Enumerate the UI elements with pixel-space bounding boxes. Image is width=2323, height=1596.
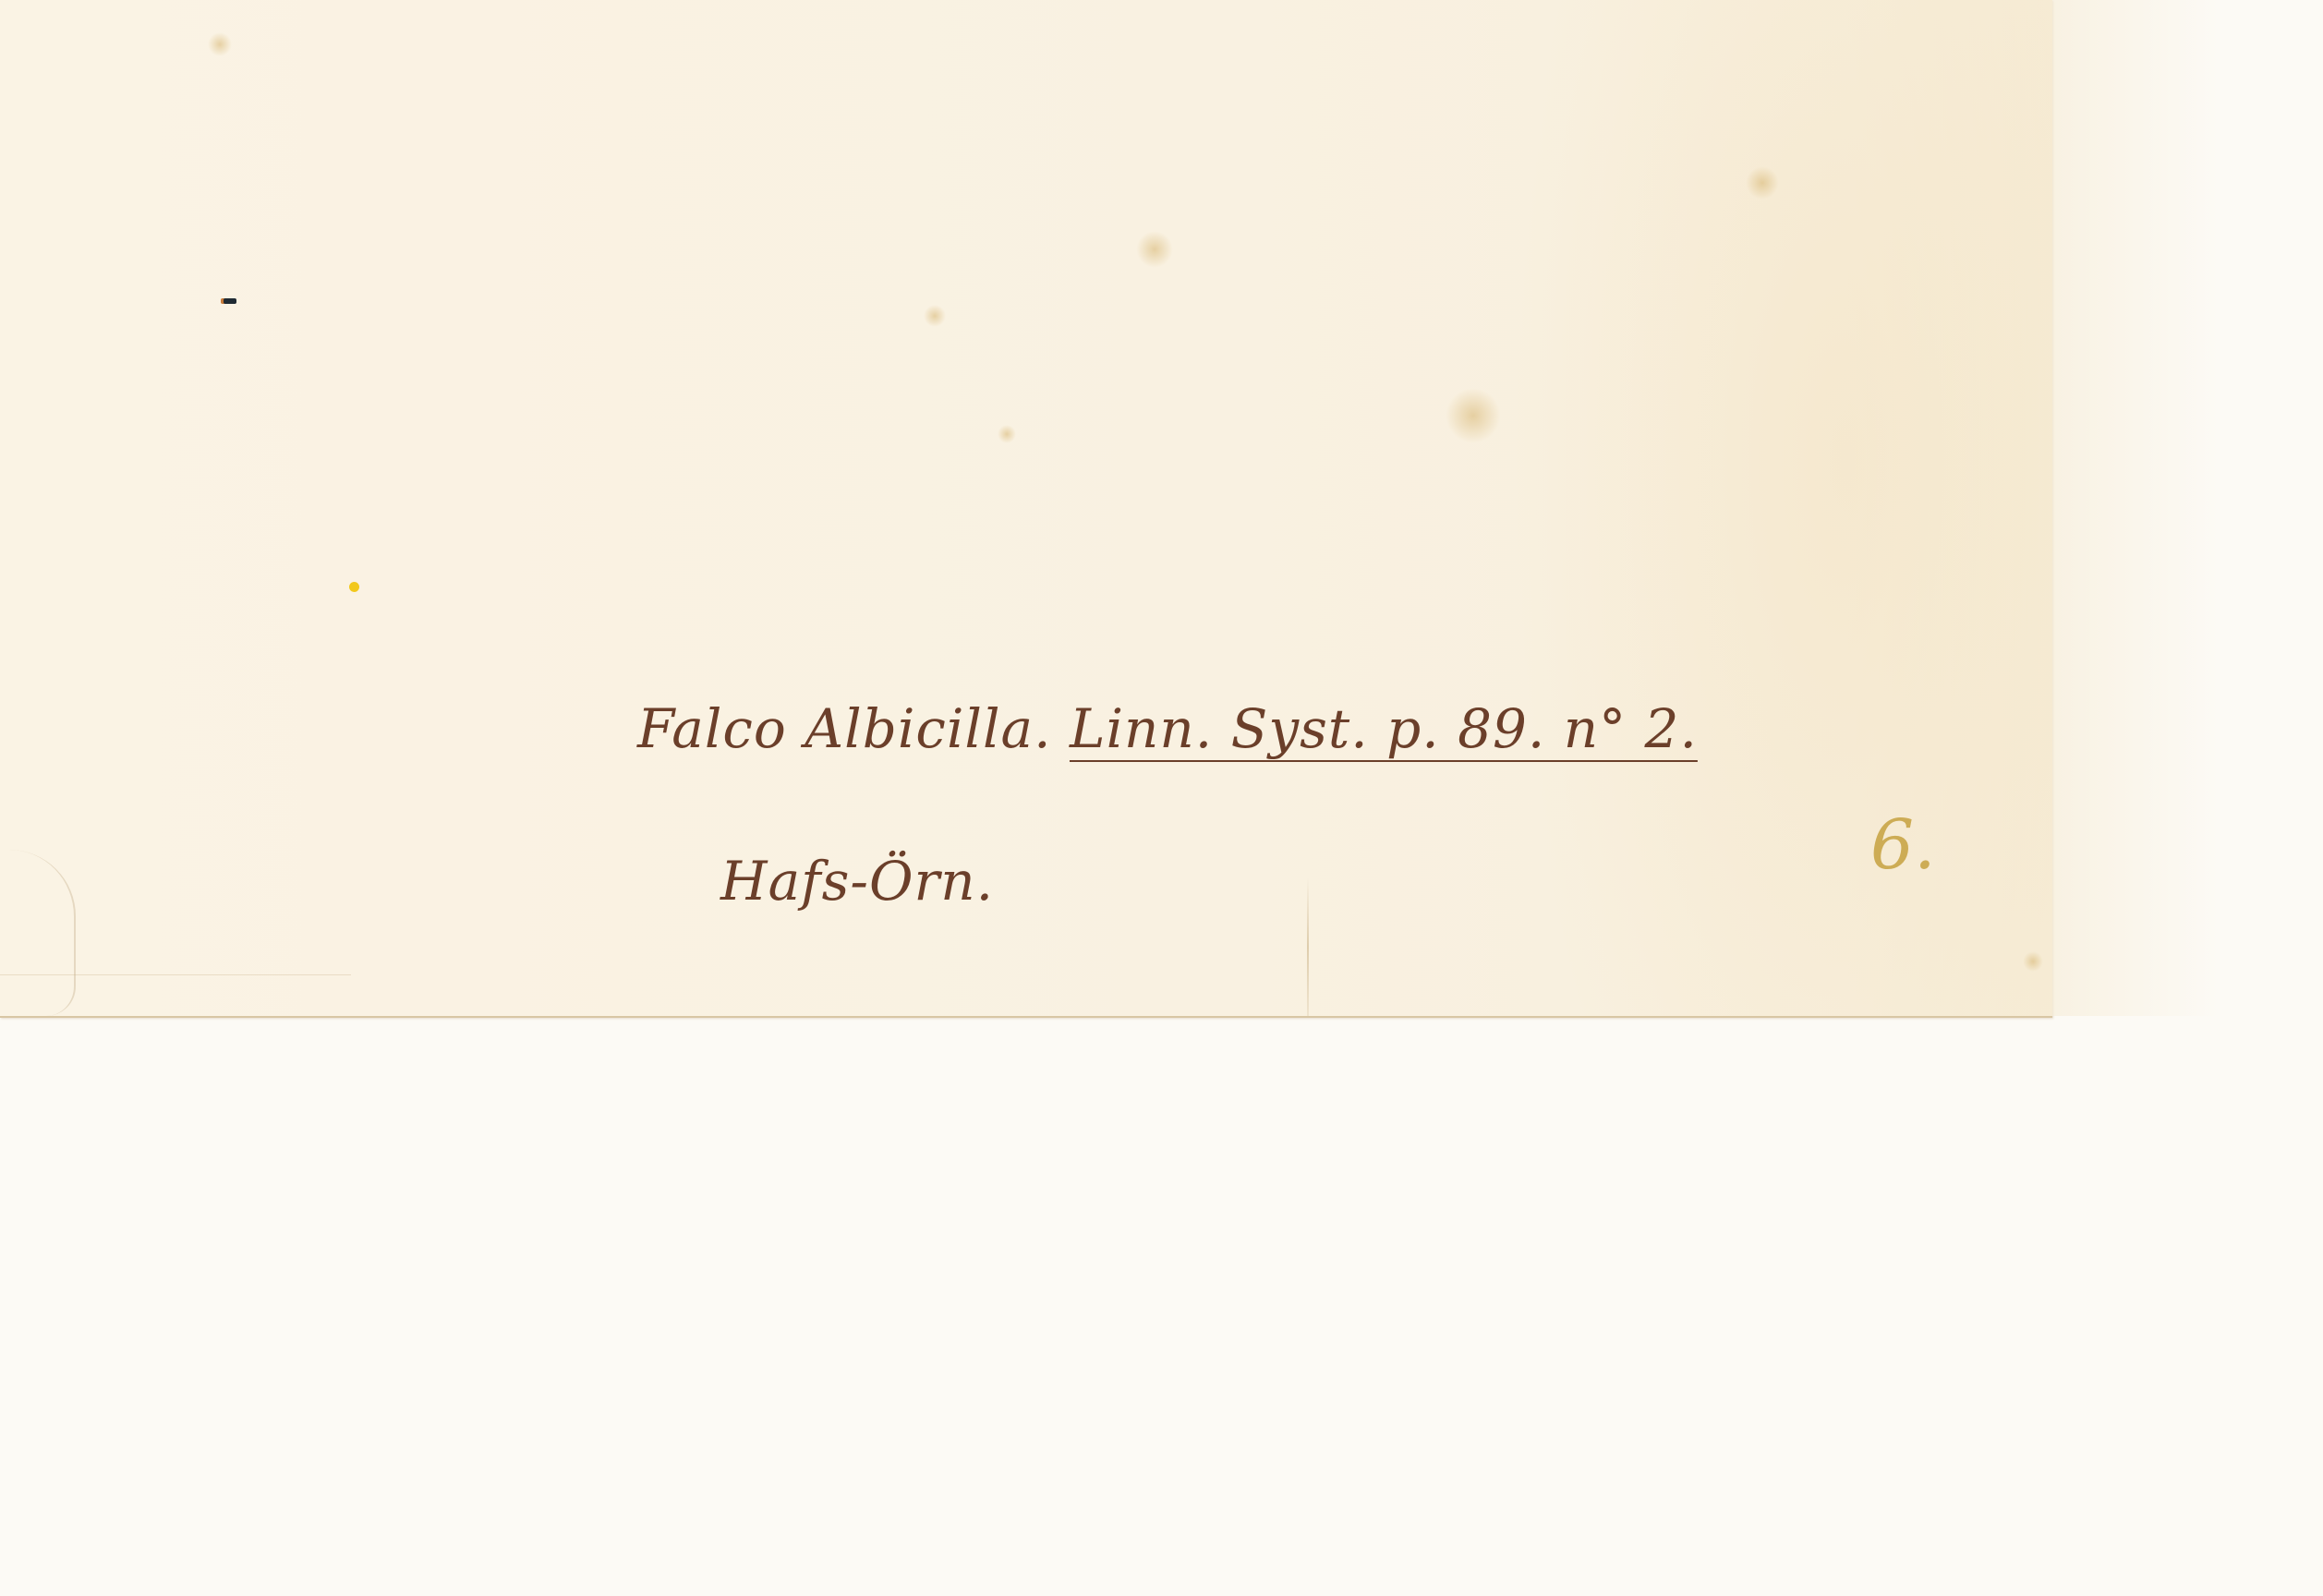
pigment-dot: [349, 582, 359, 592]
foxing-spot: [2023, 951, 2043, 972]
foxing-spot: [998, 425, 1016, 443]
inscription-line-common-name: Hafs-Örn.: [720, 850, 994, 913]
plate-mark-line: [0, 974, 351, 975]
pencil-outline-trace: [9, 850, 76, 1016]
paper-edge-shadow: [2052, 0, 2219, 1016]
paper-sheet: Falco Albicilla. Linn. Syst. p. 89. n° 2…: [0, 0, 2052, 1018]
foxing-spot: [1446, 388, 1501, 443]
foxing-spot: [1746, 166, 1779, 199]
foxing-spot: [208, 32, 232, 56]
foxing-spot: [924, 305, 946, 327]
inscription-line-species: Falco Albicilla. Linn. Syst. p. 89. n° 2…: [637, 697, 1698, 760]
ink-speck: [224, 298, 236, 304]
common-name: Hafs-Örn.: [720, 850, 994, 913]
foxing-spot: [1136, 231, 1173, 268]
paper-crease: [1307, 877, 1309, 1016]
plate-number: 6.: [1870, 805, 1936, 885]
species-name: Falco Albicilla.: [637, 697, 1052, 760]
linnaeus-reference: Linn. Syst. p. 89. n° 2.: [1070, 697, 1698, 760]
